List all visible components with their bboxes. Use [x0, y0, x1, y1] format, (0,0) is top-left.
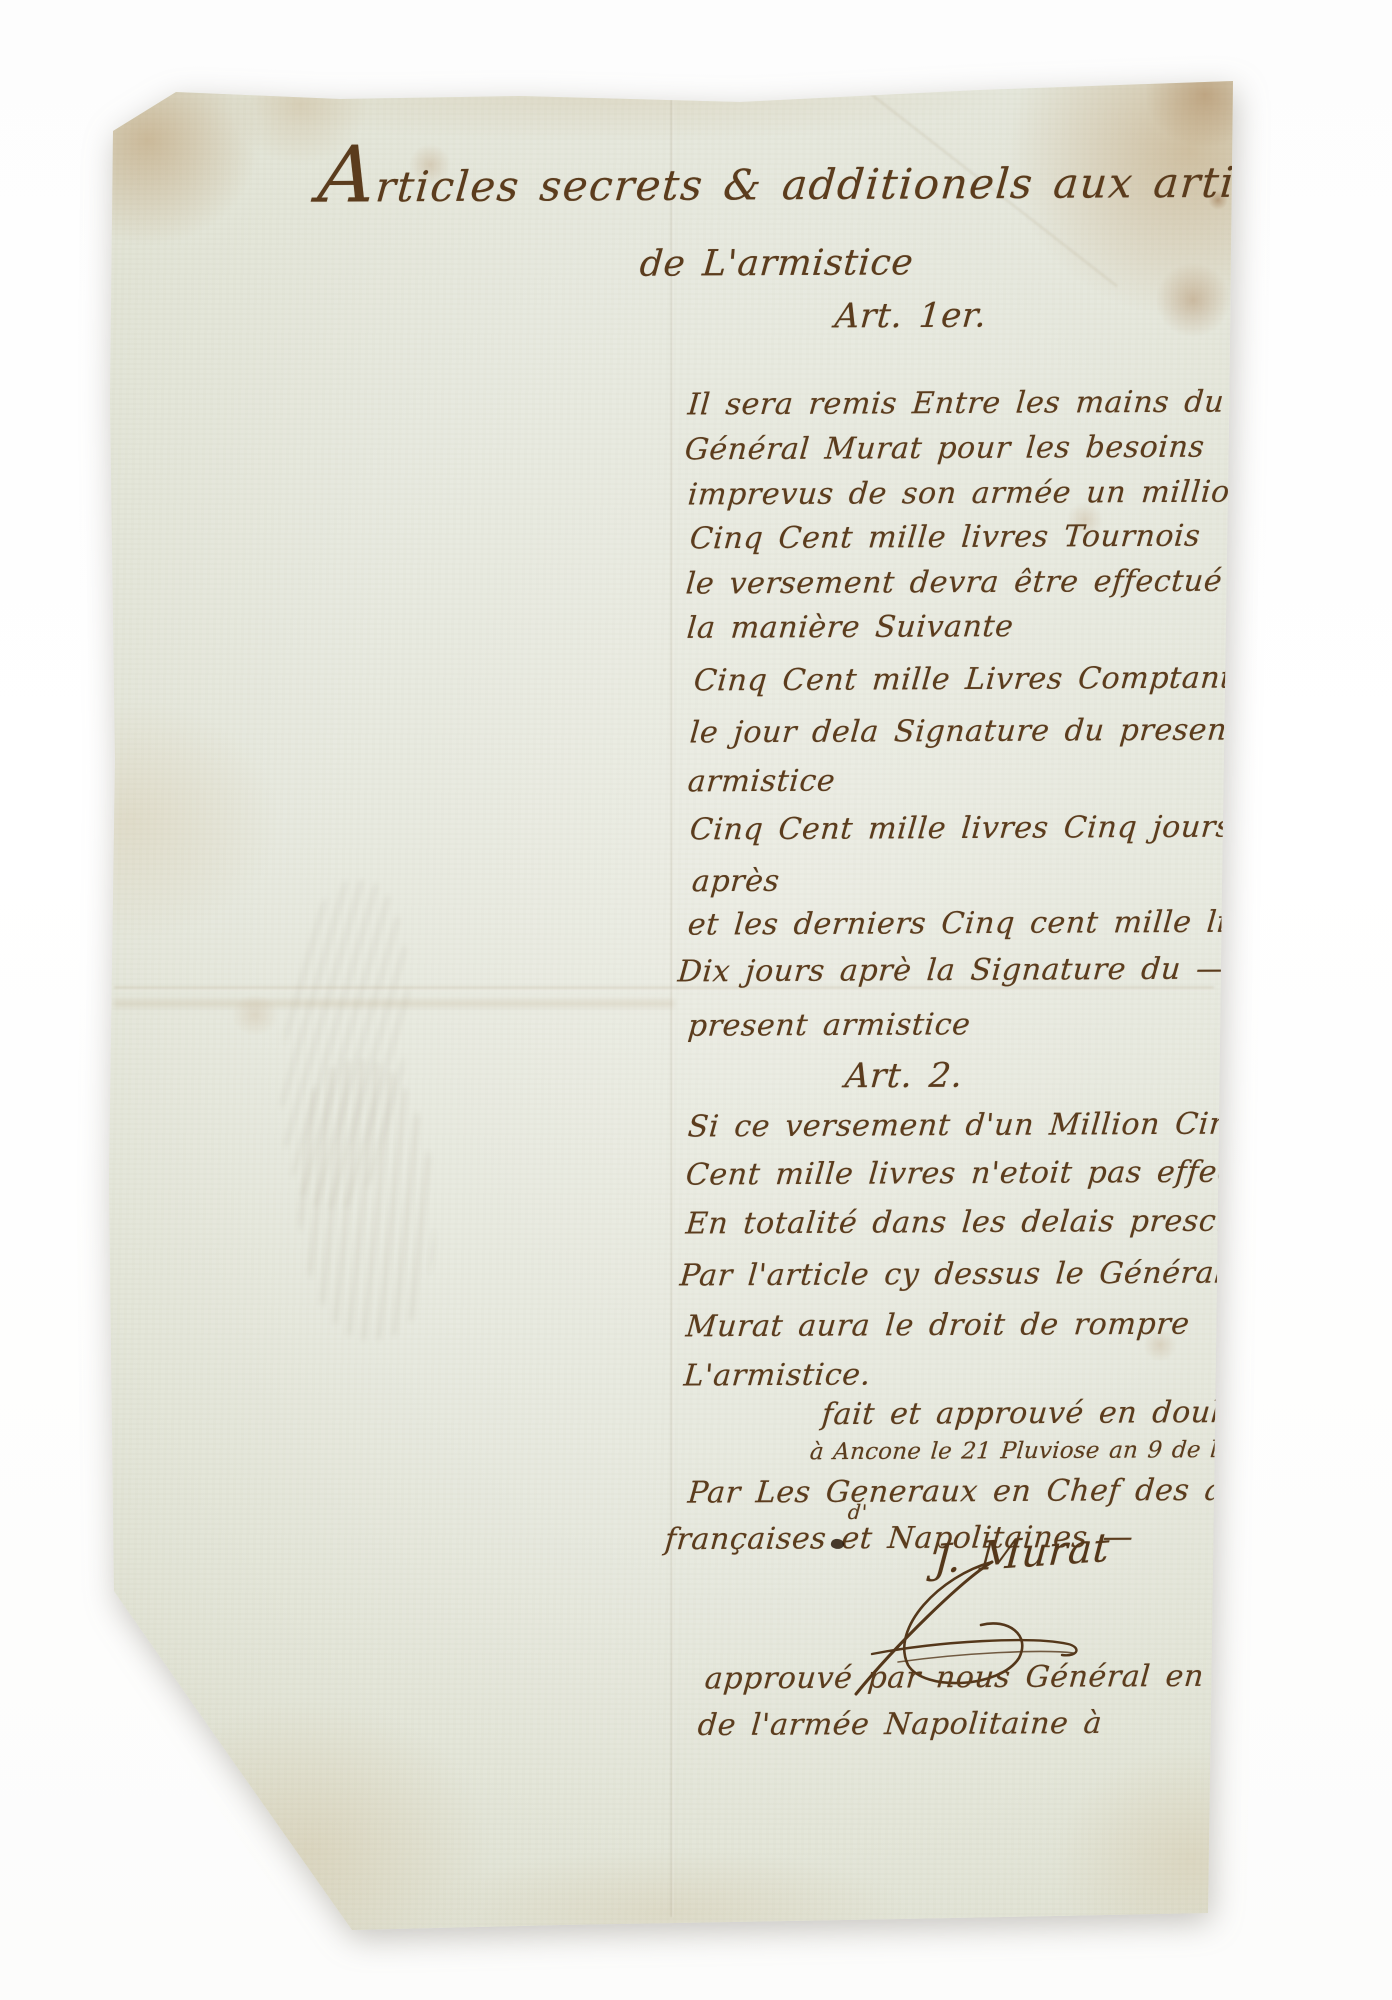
paper-edge-vignette [0, 0, 1392, 2000]
photo-background: Articles secrets & additionels aux artic… [0, 0, 1392, 2000]
paper-shadow-wrap: Articles secrets & additionels aux artic… [0, 0, 1392, 2000]
manuscript-page: Articles secrets & additionels aux artic… [0, 0, 1392, 2000]
